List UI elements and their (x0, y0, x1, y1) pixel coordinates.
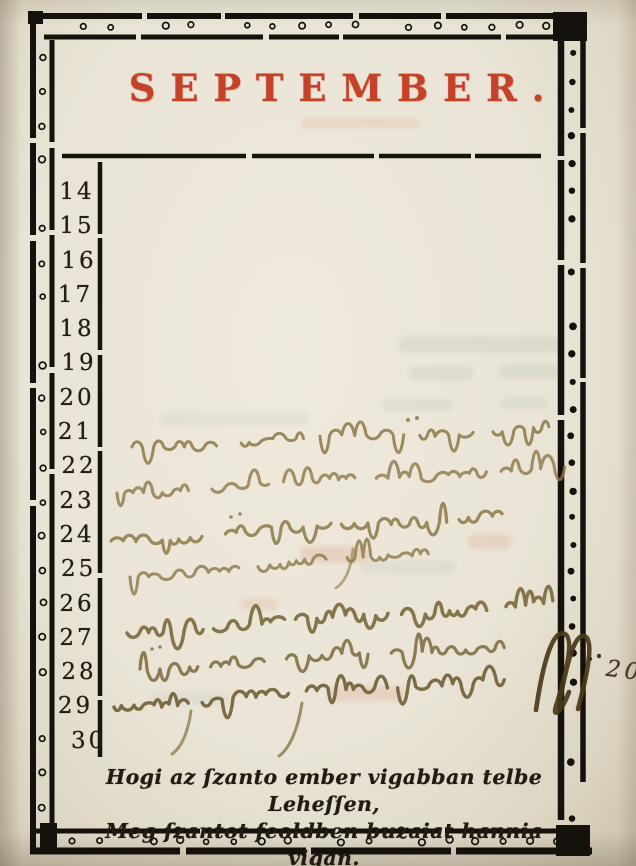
handwriting-lines (111, 421, 565, 717)
handwriting-i-dot (597, 654, 601, 658)
day-number: 29 (57, 689, 97, 723)
border-dot (567, 432, 574, 439)
border-dot (39, 736, 44, 741)
border-dot (568, 350, 575, 357)
border-dot (40, 599, 46, 605)
day-number: 22 (57, 449, 97, 483)
border-dot (570, 679, 577, 686)
border-corner-blob (40, 823, 57, 853)
day-number: 20 (57, 381, 97, 415)
handwriting-line (114, 666, 504, 717)
handwriting-i-dot (150, 647, 154, 651)
border-dot (38, 533, 44, 539)
border-dot (543, 23, 550, 30)
border-dot (569, 459, 576, 466)
border-dot (108, 25, 113, 30)
border-dot (40, 89, 46, 95)
border-dot (40, 294, 45, 299)
border-dot (489, 24, 495, 30)
day-number-column: 14 15 16 17 18 19 20 21 22 23 24 25 26 2… (57, 175, 97, 758)
border-dot (569, 187, 575, 193)
border-dot (435, 22, 441, 28)
handwriting-i-dot (229, 515, 233, 519)
border-corner-blob (28, 11, 43, 24)
page-border (28, 11, 592, 856)
border-dot (39, 395, 45, 401)
border-dot (462, 25, 467, 30)
border-dot (270, 24, 275, 29)
border-dot (569, 488, 576, 495)
border-dot (39, 124, 45, 130)
border-dot (326, 22, 331, 27)
handwriting-line (130, 539, 428, 594)
border-dot (568, 160, 575, 167)
day-number: 28 (57, 655, 97, 689)
border-dot (41, 429, 46, 434)
handwritten-annotations (111, 416, 601, 756)
border-dot (568, 268, 575, 275)
verse-line-1: Hogi az ſzanto ember vigabban telbe Lehe… (74, 764, 574, 818)
day-number: 19 (57, 346, 97, 380)
border-dot (569, 323, 577, 331)
printed-rules (62, 156, 541, 757)
almanac-page: SEPTEMBER. 14 15 16 17 18 19 20 21 22 23… (0, 0, 636, 866)
day-number: 15 (57, 209, 97, 243)
handwriting-line (117, 451, 565, 505)
border-dot (568, 132, 575, 139)
border-dot (39, 634, 45, 640)
handwriting-i-dot (238, 512, 242, 516)
border-dot (570, 406, 577, 413)
border-dot (39, 226, 45, 232)
day-number: 17 (57, 278, 97, 312)
border-dot (39, 568, 45, 574)
handwriting-line (132, 421, 549, 463)
border-dot (40, 669, 47, 676)
border-corner-blob (553, 12, 587, 41)
border-dot (163, 22, 170, 29)
border-dot (569, 514, 575, 520)
handwriting-i-dot (158, 645, 162, 649)
handwriting-line (140, 634, 504, 680)
day-number: 26 (57, 587, 97, 621)
border-dot (568, 215, 575, 222)
border-dot (40, 55, 46, 61)
handwriting-i-dot (406, 418, 410, 422)
border-dot (570, 542, 576, 548)
verse-line-2: Meg ſzantot feoldben buzaiat hannia viga… (74, 818, 574, 866)
marginal-annotation-number: 20 (605, 656, 636, 686)
border-dot (570, 50, 576, 56)
day-number: 24 (57, 518, 97, 552)
handwriting-i-dot (588, 657, 592, 661)
border-dot (245, 23, 250, 28)
border-dot (40, 465, 46, 471)
handwriting-line (111, 503, 502, 553)
border-dot (81, 24, 87, 30)
border-dot (188, 22, 194, 28)
border-dot (570, 596, 576, 602)
day-number: 25 (57, 552, 97, 586)
handwriting-descender-tail (172, 711, 191, 754)
handwriting-i-dot (415, 416, 419, 420)
month-title: SEPTEMBER. (54, 66, 604, 110)
border-dot (299, 23, 305, 29)
border-dot (39, 769, 45, 775)
day-number: 30 (57, 724, 97, 758)
day-number: 27 (57, 621, 97, 655)
border-dot (406, 25, 412, 31)
handwriting-line (127, 586, 553, 648)
day-number: 14 (57, 175, 97, 209)
handwriting-descender-tail (336, 549, 353, 588)
handwriting-descender-tail (279, 703, 302, 756)
border-dot (568, 568, 575, 575)
border-dot (39, 805, 45, 811)
border-dot (40, 500, 45, 505)
verse: Hogi az ſzanto ember vigabban telbe Lehe… (74, 764, 574, 866)
border-dot (516, 22, 522, 28)
border-dot (39, 362, 46, 369)
border-dot (569, 623, 576, 630)
border-dot (570, 379, 576, 385)
border-dot (352, 21, 358, 27)
day-number: 18 (57, 312, 97, 346)
border-dot (39, 156, 46, 163)
border-dot (39, 261, 44, 266)
day-number: 23 (57, 484, 97, 518)
day-number: 21 (57, 415, 97, 449)
day-number: 16 (57, 244, 97, 278)
